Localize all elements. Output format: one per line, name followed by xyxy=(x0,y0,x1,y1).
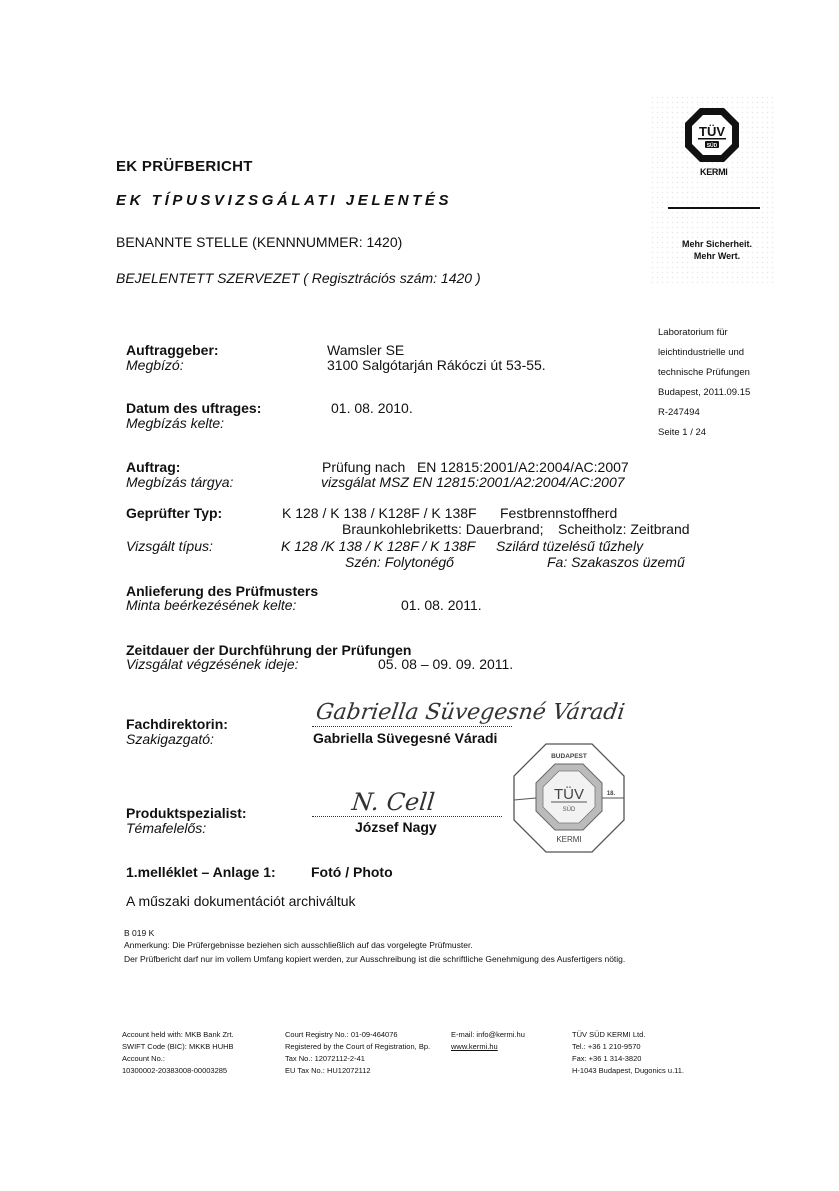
lab-line-3: technische Prüfungen xyxy=(658,363,788,383)
order-date-value: 01. 08. 2010. xyxy=(331,401,413,416)
tested-models-hu: K 128 /K 138 / K 128F / K 138F xyxy=(281,539,475,554)
director-label-hu: Szakigazgató: xyxy=(126,732,214,747)
tuv-sud-logo-icon: TÜV SÜD xyxy=(684,107,740,163)
svg-text:BUDAPEST: BUDAPEST xyxy=(551,753,587,760)
lab-line-2: leichtindustrielle und xyxy=(658,343,788,363)
footer-bank-line: Account No.: xyxy=(122,1053,292,1065)
specialist-signature-line xyxy=(312,816,502,817)
footer-website-link[interactable]: www.kermi.hu xyxy=(451,1042,498,1051)
footer-registry-line: Court Registry No.: 01-09-464076 xyxy=(285,1029,455,1041)
specialist-name: József Nagy xyxy=(355,820,437,835)
attachment-value: Fotó / Photo xyxy=(311,865,393,880)
order-date-label-de: Datum des uftrages: xyxy=(126,401,261,416)
footer-company-line: Fax: +36 1 314-3820 xyxy=(572,1053,712,1065)
slogan-line-2: Mehr Wert. xyxy=(662,250,772,262)
report-title-de: EK PRÜFBERICHT xyxy=(116,158,253,175)
footer-bank-line: 10300002-20383008-00003285 xyxy=(122,1065,292,1077)
tuv-sud-kermi-stamp-icon: BUDAPEST TÜV SÜD 18. KERMI xyxy=(510,738,628,856)
lab-info: Laboratorium für leichtindustrielle und … xyxy=(658,323,788,443)
notified-body-de: BENANNTE STELLE (KENNNUMMER: 1420) xyxy=(116,234,402,250)
footer-email: E-mail: info@kermi.hu xyxy=(451,1029,561,1041)
footer-company-line: H-1043 Budapest, Dugonics u.11. xyxy=(572,1065,712,1077)
order-value-de: Prüfung nach EN 12815:2001/A2:2004/AC:20… xyxy=(322,460,629,475)
tested-desc-de: Festbrennstoffherd xyxy=(500,506,617,521)
report-title-hu: EK TÍPUSVIZSGÁLATI JELENTÉS xyxy=(116,192,452,209)
page-number: Seite 1 / 24 xyxy=(658,423,788,443)
tested-models-de: K 128 / K 138 / K128F / K 138F xyxy=(282,506,477,521)
tested-fuel-hu-2: Fa: Szakaszos üzemű xyxy=(547,555,685,570)
remark-note-2: Der Prüfbericht darf nur im vollem Umfan… xyxy=(124,953,625,966)
lab-line-1: Laboratorium für xyxy=(658,323,788,343)
remark-note-1: Anmerkung: Die Prüfergebnisse beziehen s… xyxy=(124,939,473,952)
svg-text:KERMI: KERMI xyxy=(556,835,581,844)
footer-bank-line: SWIFT Code (BIC): MKKB HUHB xyxy=(122,1041,292,1053)
director-signature-line xyxy=(312,726,512,727)
svg-text:TÜV: TÜV xyxy=(699,124,725,139)
logo-divider xyxy=(668,207,760,209)
client-name: Wamsler SE xyxy=(327,343,404,358)
order-date-label-hu: Megbízás kelte: xyxy=(126,416,224,431)
footer-company-line: TÜV SÜD KERMI Ltd. xyxy=(572,1029,712,1041)
attachment-label: 1.melléklet – Anlage 1: xyxy=(126,865,276,880)
svg-text:SÜD: SÜD xyxy=(707,142,718,149)
svg-text:18.: 18. xyxy=(607,791,616,797)
footer-registry-info: Court Registry No.: 01-09-464076 Registe… xyxy=(285,1029,455,1077)
client-address: 3100 Salgótarján Rákóczi út 53-55. xyxy=(327,358,546,373)
delivery-value: 01. 08. 2011. xyxy=(401,598,482,613)
footer-contact: E-mail: info@kermi.hu www.kermi.hu xyxy=(451,1029,561,1053)
duration-value: 05. 08 – 09. 09. 2011. xyxy=(378,657,513,672)
svg-text:SÜD: SÜD xyxy=(563,806,576,813)
order-label-hu: Megbízás tárgya: xyxy=(126,475,233,490)
client-label-de: Auftraggeber: xyxy=(126,343,219,358)
footer-bank-info: Account held with: MKB Bank Zrt. SWIFT C… xyxy=(122,1029,292,1077)
order-value-hu: vizsgálat MSZ EN 12815:2001/A2:2004/AC:2… xyxy=(321,475,625,490)
svg-text:TÜV: TÜV xyxy=(554,785,584,803)
director-signature: Gabriella Süvegesné Váradi xyxy=(314,700,626,725)
specialist-label-hu: Témafelelős: xyxy=(126,821,206,836)
director-label-de: Fachdirektorin: xyxy=(126,717,228,732)
logo-company-name: KERMI xyxy=(700,167,728,177)
report-number: R-247494 xyxy=(658,403,788,423)
order-label-de: Auftrag: xyxy=(126,460,180,475)
tested-desc-hu: Szilárd tüzelésű tűzhely xyxy=(496,539,643,554)
tested-type-label-de: Geprüfter Typ: xyxy=(126,506,222,521)
tested-fuel-de-1: Braunkohlebriketts: Dauerbrand; xyxy=(342,522,544,537)
footer-company-info: TÜV SÜD KERMI Ltd. Tel.: +36 1 210-9570 … xyxy=(572,1029,712,1077)
delivery-label-hu: Minta beérkezésének kelte: xyxy=(126,598,296,613)
tested-fuel-de-2: Scheitholz: Zeitbrand xyxy=(558,522,690,537)
specialist-signature: N. Cell xyxy=(351,788,437,816)
tested-fuel-hu-1: Szén: Folytonégő xyxy=(345,555,454,570)
lab-place-date: Budapest, 2011.09.15 xyxy=(658,383,788,403)
slogan-line-1: Mehr Sicherheit. xyxy=(662,238,772,250)
logo-slogan: Mehr Sicherheit. Mehr Wert. xyxy=(662,238,772,262)
footer-company-line: Tel.: +36 1 210-9570 xyxy=(572,1041,712,1053)
footer-bank-line: Account held with: MKB Bank Zrt. xyxy=(122,1029,292,1041)
archive-note: A műszaki dokumentációt archiváltuk xyxy=(126,894,356,909)
duration-label-hu: Vizsgálat végzésének ideje: xyxy=(126,657,299,672)
director-name: Gabriella Süvegesné Váradi xyxy=(313,731,497,746)
tested-type-label-hu: Vizsgált típus: xyxy=(126,539,213,554)
specialist-label-de: Produktspezialist: xyxy=(126,806,247,821)
notified-body-hu: BEJELENTETT SZERVEZET ( Regisztrációs sz… xyxy=(116,270,481,286)
footer-registry-line: Tax No.: 12072112-2-41 xyxy=(285,1053,455,1065)
client-label-hu: Megbízó: xyxy=(126,358,184,373)
footer-registry-line: EU Tax No.: HU12072112 xyxy=(285,1065,455,1077)
footer-registry-line: Registered by the Court of Registration,… xyxy=(285,1041,455,1053)
